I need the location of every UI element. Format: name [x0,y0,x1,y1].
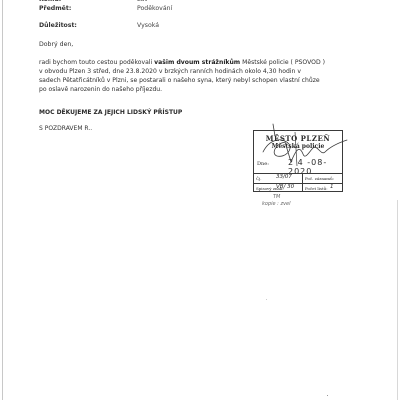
stamp-file-code-value: VB/ 30 [276,184,294,190]
signature-line: S POZDRAVEM R.. [39,125,92,132]
scan-speck [266,299,267,300]
body-line-4: po oslavě narozenin do našeho příjezdu. [39,85,329,94]
body-line-1-bold: vašim dvoum strážníkům [154,59,240,66]
body-line-1-post: Městské policie ( PSOVOD ) [240,59,325,66]
handwritten-note: TM kopie : zvel [262,194,291,208]
scan-speck [327,395,328,396]
body-line-3: sadech Pětatřicátníků v Plzni, se postar… [39,76,329,85]
stamp-grid-divider [302,174,303,191]
letter-body: radi bychom touto cestou poděkovali vaši… [39,58,329,94]
stamp-day-label: Dne: [257,161,269,167]
stamp-row-1: Čj. 33/07 Poč. záznamů: [254,174,342,184]
subject-value: Poděkování [137,5,172,13]
closing-thanks: MOC DĚKUJEME ZA JEJICH LIDSKÝ PŘÍSTUP [39,109,182,116]
registry-stamp: MĚSTO PLZEŇ Městská policie Dne: 2 4 -08… [253,130,343,192]
importance-value: Vysoká [137,22,159,30]
stamp-ref-value: 33/07 [276,174,292,180]
greeting: Dobrý den, [39,41,73,48]
header-row-recipient: Komu: Lav [39,0,239,4]
body-line-1-pre: radi bychom touto cestou poděkovali [39,59,154,66]
stamp-grid: Čj. 33/07 Poč. záznamů: Spisový znak: VB… [254,173,342,191]
stamp-subtitle: Městská policie [254,143,342,150]
handwritten-copy-note: kopie : zvel [262,201,291,208]
handwritten-initials: TM [262,194,291,201]
body-line-2: v obvodu Plzen 3 střed, dne 23.8.2020 v … [39,67,329,76]
recipient-value: Lav [137,0,148,4]
stamp-pages-label: Počet listů: [305,186,328,191]
stamp-title: MĚSTO PLZEŇ [254,134,342,143]
recipient-label: Komu: [39,0,61,4]
stamp-row-2: Spisový znak: VB/ 30 Počet listů: 1 [254,184,342,193]
subject-label: Předmět: [39,5,71,13]
importance-label: Důležitost: [39,22,77,30]
scan-edge-right [397,200,398,400]
body-line-1: radi bychom touto cestou poděkovali vaši… [39,58,329,67]
stamp-pages-value: 1 [330,184,334,190]
scan-edge-left [2,0,3,400]
stamp-records-label: Poč. záznamů: [305,176,334,181]
stamp-ref-label: Čj. [256,176,262,181]
